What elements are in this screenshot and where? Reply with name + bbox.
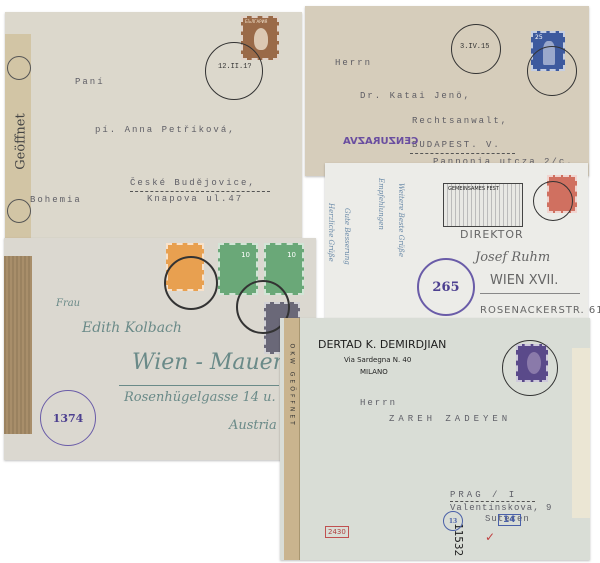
cover-italy: OKW GEÖFFNET DERTAD K. DEMIRDJIAN Via Sa…	[280, 318, 590, 560]
city-underline	[480, 293, 580, 294]
message-handwriting: Herzliche Grüße	[327, 203, 335, 262]
censor-mark-cenzurazva: CENZURAZVA	[343, 136, 418, 147]
salutation: Herrn	[360, 398, 397, 408]
addressee: Edith Kolbach	[82, 320, 182, 336]
slogan-cancel: GEMEINSAMES FEST	[443, 183, 523, 227]
city-underline	[119, 385, 279, 386]
salutation: Herrn	[335, 58, 372, 68]
recipient-title: DIREKTOR	[460, 228, 524, 241]
postmark-osijek	[164, 256, 218, 310]
sender-name: DERTAD K. DEMIRDJIAN	[318, 338, 446, 351]
city-underline	[130, 191, 270, 192]
salutation: Paní	[75, 77, 105, 87]
message-handwriting: Weitere Beste Grüße	[397, 183, 405, 257]
street: Valentinskova, 9	[450, 503, 552, 513]
street: ROSENACKERSTR. 61	[480, 305, 600, 316]
city-underline	[450, 501, 535, 502]
censor-mark-265: 265	[417, 258, 475, 316]
title: Rechtsanwalt,	[412, 116, 508, 126]
addressee: ZAREH ZADEYEN	[389, 414, 511, 424]
postmark-milano	[502, 340, 558, 396]
addressee: pí. Anna Petříková,	[95, 125, 236, 135]
city: České Budějovice,	[130, 178, 256, 188]
censor-box-14: 14	[498, 514, 521, 526]
region: Bohemia	[30, 195, 82, 205]
postmark-langnau: 3.IV.15	[451, 24, 501, 74]
street: Knapova ul.47	[147, 194, 243, 204]
message-handwriting: Gute Besserung	[343, 208, 351, 265]
sender-street: Via Sardegna N. 40	[344, 356, 411, 364]
censor-tape-okw: OKW GEÖFFNET	[284, 318, 300, 560]
cover-yugoslavia: 10 10 Frau Edith Kolbach Wien - Mauer Ro…	[4, 238, 316, 460]
city: PRAG / I	[450, 490, 517, 500]
censor-box-2430: 2430	[325, 526, 349, 538]
addressee: Dr. Katai Jenö,	[360, 91, 471, 101]
city: BUDAPEST. V.	[412, 140, 501, 150]
street: Rosenhügelgasse 14 u. 16	[124, 390, 296, 405]
cover-switzerland: 3.IV.15 25 Herrn Dr. Katai Jenö, Rechtsa…	[305, 6, 589, 176]
sender-city: MILANO	[360, 368, 388, 376]
censor-tape-label: Geöffnet	[14, 102, 29, 182]
censor-tape-brown	[4, 256, 32, 434]
stamp-portrait-icon	[254, 28, 268, 50]
recipient-name: Josef Ruhm	[475, 250, 550, 265]
postcard-austria: Herzliche Grüße Gute Besserung Empfehlun…	[325, 163, 588, 328]
message-handwriting: Empfehlungen	[377, 178, 385, 230]
censor-mark-1374: 1374	[40, 390, 96, 446]
censor-eagle-icon	[7, 199, 31, 223]
city: WIEN XVII.	[490, 273, 558, 288]
country: Austria	[229, 418, 277, 433]
city: Wien - Mauer	[132, 350, 283, 375]
city-underline	[410, 153, 515, 154]
cover-bulgaria: Geöffnet БЪЛГАРИЯ 12.II.1? Paní pí. Anna…	[5, 12, 302, 240]
censor-circle-13: 13	[443, 511, 463, 531]
salutation: Frau	[56, 298, 80, 309]
tape-edge-right	[572, 348, 590, 518]
postmark-sofia: 12.II.1?	[205, 42, 263, 100]
postmark-postcard	[533, 181, 573, 221]
postmark-langnau-stamp	[527, 46, 577, 96]
checkmark-icon: ✓	[485, 530, 495, 544]
censor-tape-geoffnet: Geöffnet	[5, 34, 31, 240]
censor-eagle-icon	[7, 56, 31, 80]
